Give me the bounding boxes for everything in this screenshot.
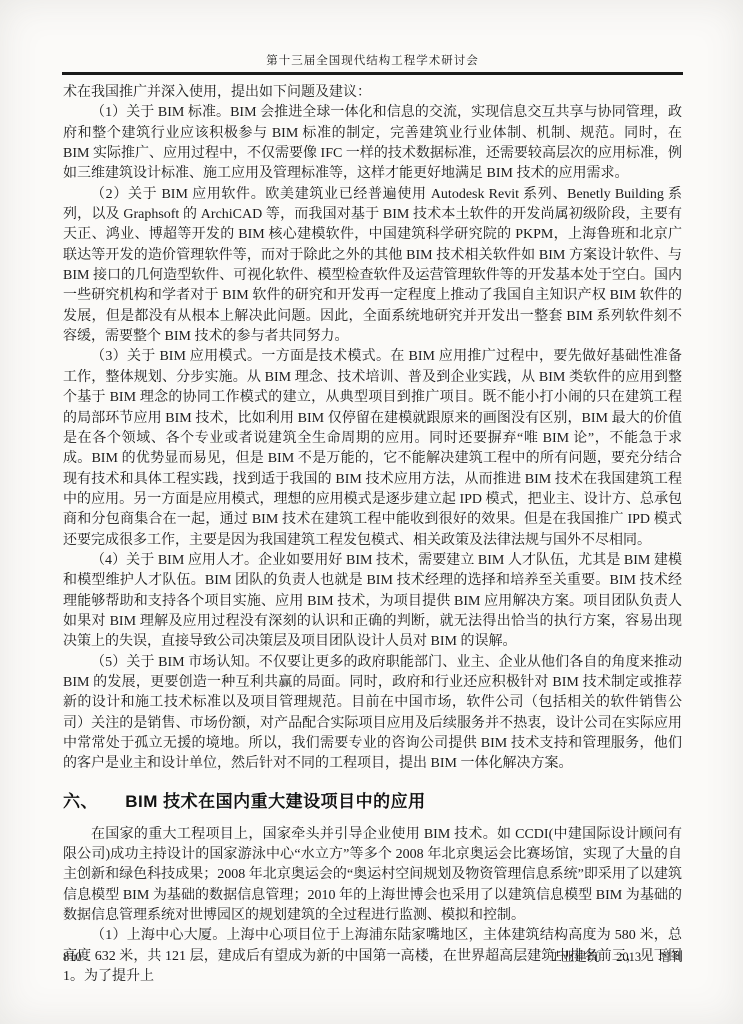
page-header: 第十三届全国现代结构工程学术研讨会: [62, 52, 683, 75]
page-footer: 810 工业建筑 2013 增刊: [63, 947, 683, 965]
journal-name: 工业建筑: [549, 950, 599, 964]
paper-page: 第十三届全国现代结构工程学术研讨会 术在我国推广并深入使用，提出如下问题及建议：…: [0, 0, 743, 1024]
section-title: BIM 技术在国内重大建设项目中的应用: [125, 792, 425, 811]
journal-issue: 增刊: [658, 950, 683, 964]
continuation-paragraph: 术在我国推广并深入使用，提出如下问题及建议：: [63, 83, 682, 103]
paragraph-national-projects: 在国家的重大工程项目上，国家牵头并引导企业使用 BIM 技术。如 CCDI(中建…: [63, 825, 682, 927]
paragraph-bim-talent: （4）关于 BIM 应用人才。企业如要用好 BIM 技术，需要建立 BIM 人才…: [63, 551, 682, 653]
conference-title: 第十三届全国现代结构工程学术研讨会: [62, 52, 683, 68]
paragraph-bim-application-mode: （3）关于 BIM 应用模式。一方面是技术模式。在 BIM 应用推广过程中，要先…: [63, 347, 682, 550]
paragraph-bim-market: （5）关于 BIM 市场认知。不仅要让更多的政府职能部门、业主、企业从他们各自的…: [63, 653, 682, 775]
page-body: 术在我国推广并深入使用，提出如下问题及建议： （1）关于 BIM 标准。BIM …: [63, 83, 682, 987]
section-heading: 六、BIM 技术在国内重大建设项目中的应用: [63, 787, 682, 812]
header-rule: [62, 72, 683, 75]
section-number: 六、: [63, 792, 98, 811]
page-number: 810: [63, 950, 82, 965]
paragraph-bim-software: （2）关于 BIM 应用软件。欧美建筑业已经普遍使用 Autodesk Revi…: [63, 185, 682, 348]
paragraph-bim-standards: （1）关于 BIM 标准。BIM 会推进全球一体化和信息的交流，实现信息交互共享…: [63, 103, 682, 184]
journal-year: 2013: [616, 950, 641, 964]
journal-info: 工业建筑 2013 增刊: [549, 947, 683, 965]
